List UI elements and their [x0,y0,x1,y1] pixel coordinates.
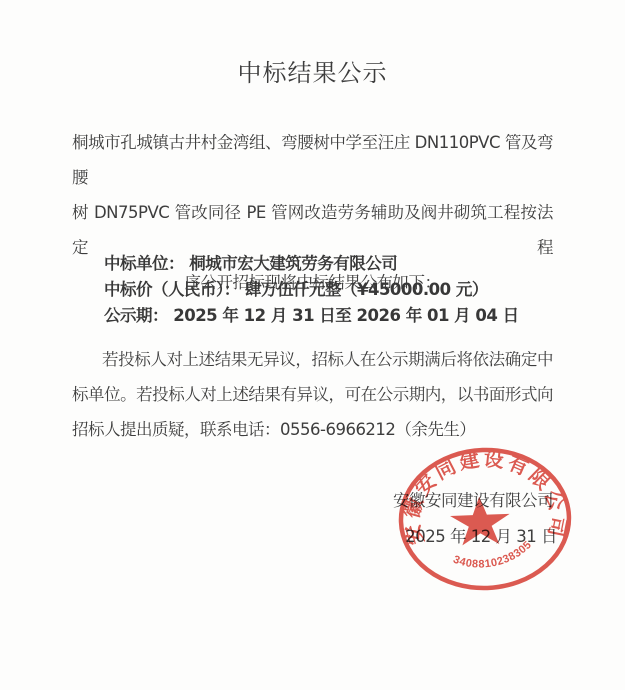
winner-line: 中标单位： 桐城市宏大建筑劳务有限公司 [104,251,519,277]
period-line: 公示期： 2025 年 12 月 31 日至 2026 年 01 月 04 日 [104,303,519,329]
document-page: 中标结果公示 桐城市孔城镇古井村金湾组、弯腰树中学至汪庄 DN110PVC 管及… [0,0,625,690]
page-title: 中标结果公示 [0,53,625,88]
notice-line-3: 招标人提出质疑，联系电话：0556-6966212（余先生） [72,412,553,447]
svg-text:3408810238305: 3408810238305 [449,537,537,577]
intro-line-1: 桐城市孔城镇古井村金湾组、弯腰树中学至汪庄 DN110PVC 管及弯腰 [72,125,553,195]
notice-line-2: 标单位。若投标人对上述结果有异议，可在公示期内，以书面形式向 [72,377,553,412]
seal-star-icon [449,496,510,546]
notice-line-1: 若投标人对上述结果无异议，招标人在公示期满后将依法确定中 [72,342,553,377]
price-line: 中标价（人民币）： 肆万伍仟元整（¥45000.00 元） [104,277,519,303]
bid-result-block: 中标单位： 桐城市宏大建筑劳务有限公司 中标价（人民币）： 肆万伍仟元整（¥45… [104,251,519,329]
objection-paragraph: 若投标人对上述结果无异议，招标人在公示期满后将依法确定中 标单位。若投标人对上述… [72,342,553,447]
seal-graphic: 安徽安同建设有限公司 3408810238305 [391,441,578,599]
seal-number-text: 3408810238305 [449,537,537,577]
company-seal: 安徽安同建设有限公司 3408810238305 [391,441,578,599]
